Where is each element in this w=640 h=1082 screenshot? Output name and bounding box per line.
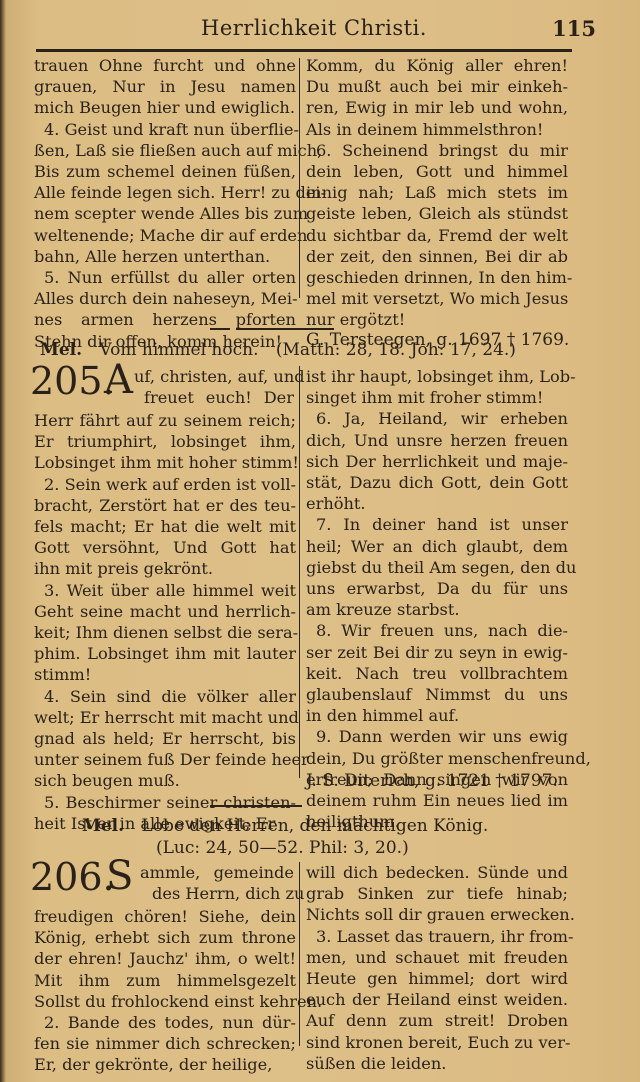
text-line: Heute gen himmel; dort wird	[306, 968, 568, 989]
text-line: Du mußt auch bei mir einkeh-	[306, 76, 568, 97]
text-line: welt; Er herrscht mit macht und	[34, 707, 296, 728]
text-line: in den himmel auf.	[306, 705, 568, 726]
text-line: mel mit versetzt, Wo mich Jesus	[306, 288, 568, 309]
text-line: mich Beugen hier und ewiglich.	[34, 97, 296, 118]
text-line: euch der Heiland einst weiden.	[306, 989, 568, 1010]
text-line: Er triumphirt, lobsinget ihm,	[34, 431, 296, 452]
text-line: dich, Und unsre herzen freuen	[306, 430, 568, 451]
scripture-reference: (Luc: 24, 50—52. Phil: 3, 20.)	[156, 838, 409, 858]
melody-name: Lobe den Herren, den mächtigen König.	[141, 816, 488, 836]
text-line: 6. Ja, Heiland, wir erheben	[306, 408, 568, 429]
text-line: geschieden drinnen, In den him-	[306, 267, 568, 288]
text-line: 8. Wir freuen uns, nach die-	[306, 620, 568, 641]
top-left-column: trauen Ohne furcht und ohnegrauen, Nur i…	[34, 55, 296, 352]
running-title: Herrlichkeit Christi.	[28, 16, 600, 40]
melody-line: Mel. Lobe den Herren, den mächtigen Köni…	[82, 816, 488, 836]
text-line: 4. Sein sind die völker aller	[34, 686, 296, 707]
text-line: giebst du theil Am segen, den du	[306, 557, 568, 578]
text-line: singet ihm mit froher stimm!	[306, 387, 568, 408]
text-line: freudigen chören! Siehe, dein	[34, 906, 296, 927]
text-line: fen sie nimmer dich schrecken;	[34, 1033, 296, 1054]
text-line: Gott versöhnt, Und Gott hat	[34, 537, 296, 558]
scripture-reference: (Matth: 28, 18. Joh: 17, 24.)	[276, 340, 516, 360]
text-line: Nichts soll dir grauen erwecken.	[306, 904, 568, 925]
text-line: glaubenslauf Nimmst du uns	[306, 684, 568, 705]
text-line: Auf denn zum streit! Droben	[306, 1010, 568, 1031]
hymnal-page: Herrlichkeit Christi. 115 trauen Ohne fu…	[0, 0, 640, 1082]
text-line: Alles durch dein naheseyn, Mei-	[34, 288, 296, 309]
melody-label: Mel.	[82, 816, 124, 836]
page-number: 115	[552, 16, 596, 41]
text-line: bahn, Alle herzen unterthan.	[34, 246, 296, 267]
text-line: Bis zum schemel deinen füßen,	[34, 161, 296, 182]
text-line: nem scepter wende Alles bis zum	[34, 203, 296, 224]
text-line: ßen, Laß sie fließen auch auf mich,	[34, 140, 296, 161]
text-line: sich Der herrlichkeit und maje-	[306, 451, 568, 472]
text-line: stät, Dazu dich Gott, dein Gott	[306, 472, 568, 493]
page-header: Herrlichkeit Christi. 115	[28, 14, 600, 42]
text-line: Herr fährt auf zu seinem reich;	[34, 410, 296, 431]
text-line: fels macht; Er hat die welt mit	[34, 516, 296, 537]
header-rule	[36, 49, 572, 52]
text-line: men, und schauet mit freuden	[306, 947, 568, 968]
author-credit: J. S. Diterich, g. 1721 † 1797.	[306, 771, 574, 792]
text-line: will dich bedecken. Sünde und	[306, 862, 568, 883]
text-line: ihn mit preis gekrönt.	[34, 558, 296, 579]
top-right-column: Komm, du König aller ehren!Du mußt auch …	[306, 55, 568, 331]
drop-initial: S	[106, 856, 133, 896]
melody-label: Mel.	[40, 340, 82, 360]
text-line: stimm!	[34, 664, 296, 685]
text-line: 9. Dann werden wir uns ewig	[306, 726, 568, 747]
text-line: deinem ruhm Ein neues lied im	[306, 790, 568, 811]
text-line: König, erhebt sich zum throne	[34, 927, 296, 948]
text-line: bracht, Zerstört hat er des teu-	[34, 495, 296, 516]
hymn-206-right-column: will dich bedecken. Sünde undgrab Sinken…	[306, 862, 568, 1074]
hymn-number: 205.	[30, 362, 115, 400]
text-line: ist ihr haupt, lobsinget ihm, Lob-	[306, 366, 568, 387]
text-line: Komm, du König aller ehren!	[306, 55, 568, 76]
text-line: keit; Ihm dienen selbst die sera-	[34, 622, 296, 643]
drop-initial: A	[104, 360, 133, 400]
section-separator	[236, 328, 334, 330]
text-line: sich beugen muß.	[34, 770, 296, 791]
text-line: grab Sinken zur tiefe hinab;	[306, 883, 568, 904]
text-line: 5. Nun erfüllst du aller orten	[34, 267, 296, 288]
text-line: am kreuze starbst.	[306, 599, 568, 620]
text-line: Lobsinget ihm mit hoher stimm!	[34, 452, 296, 473]
text-line: süßen die leiden.	[306, 1053, 568, 1074]
text-line: nur ergötzt!	[306, 309, 568, 330]
hymn-first-lines: uf, christen, auf, und freuet euch! Der	[134, 366, 294, 408]
text-line: heil; Wer an dich glaubt, dem	[306, 536, 568, 557]
text-line: grauen, Nur in Jesu namen	[34, 76, 296, 97]
text-line: ren, Ewig in mir leb und wohn,	[306, 97, 568, 118]
text-line: du sichtbar da, Fremd der welt	[306, 225, 568, 246]
text-line: sind kronen bereit, Euch zu ver-	[306, 1032, 568, 1053]
column-divider	[299, 58, 300, 298]
text-line: unter seinem fuß Der feinde heer	[34, 749, 296, 770]
text-line: geiste leben, Gleich als stündst	[306, 203, 568, 224]
hymn-206-left-column: freudigen chören! Siehe, deinKönig, erhe…	[34, 906, 296, 1076]
section-separator	[210, 805, 302, 807]
text-line: der ehren! Jauchz' ihm, o welt!	[34, 948, 296, 969]
text-line: 2. Sein werk auf erden ist voll-	[34, 474, 296, 495]
text-line: trauen Ohne furcht und ohne	[34, 55, 296, 76]
text-line: gnad als held; Er herrscht, bis	[34, 728, 296, 749]
hymn-205-right-column: ist ihr haupt, lobsinget ihm, Lob-singet…	[306, 366, 568, 832]
hymn-number: 206.	[30, 858, 115, 896]
text-line: 6. Scheinend bringst du mir	[306, 140, 568, 161]
text-line: phim. Lobsinget ihm mit lauter	[34, 643, 296, 664]
section-separator	[210, 328, 230, 330]
column-divider	[299, 366, 300, 778]
hymn-first-lines: ammle, gemeinde des Herrn, dich zu	[140, 862, 294, 904]
text-line: erhöht.	[306, 493, 568, 514]
text-line: Sollst du frohlockend einst kehren.	[34, 991, 296, 1012]
text-line: 5. Beschirmer seiner christen-	[34, 792, 296, 813]
text-line: Alle feinde legen sich. Herr! zu dei-	[34, 182, 296, 203]
text-line: Er, der gekrönte, der heilige,	[34, 1054, 296, 1075]
text-line: ser zeit Bei dir zu seyn in ewig-	[306, 642, 568, 663]
hymn-205-left-column: Herr fährt auf zu seinem reich;Er triump…	[34, 410, 296, 834]
text-line: der zeit, den sinnen, Bei dir ab	[306, 246, 568, 267]
text-line: 4. Geist und kraft nun überflie-	[34, 119, 296, 140]
text-line: 2. Bande des todes, nun dür-	[34, 1012, 296, 1033]
text-line: Mit ihm zum himmelsgezelt	[34, 970, 296, 991]
text-line: innig nah; Laß mich stets im	[306, 182, 568, 203]
text-line: keit. Nach treu vollbrachtem	[306, 663, 568, 684]
text-line: Geht seine macht und herrlich-	[34, 601, 296, 622]
text-line: 7. In deiner hand ist unser	[306, 514, 568, 535]
text-line: weltenende; Mache dir auf erden	[34, 225, 296, 246]
text-line: 3. Weit über alle himmel weit	[34, 580, 296, 601]
text-line: dein leben, Gott und himmel	[306, 161, 568, 182]
column-divider	[299, 862, 300, 1046]
text-line: dein, Du größter menschenfreund,	[306, 748, 568, 769]
text-line: uns erwarbst, Da du für uns	[306, 578, 568, 599]
text-line: Als in deinem himmelsthron!	[306, 119, 568, 140]
text-line: 3. Lasset das trauern, ihr from-	[306, 926, 568, 947]
